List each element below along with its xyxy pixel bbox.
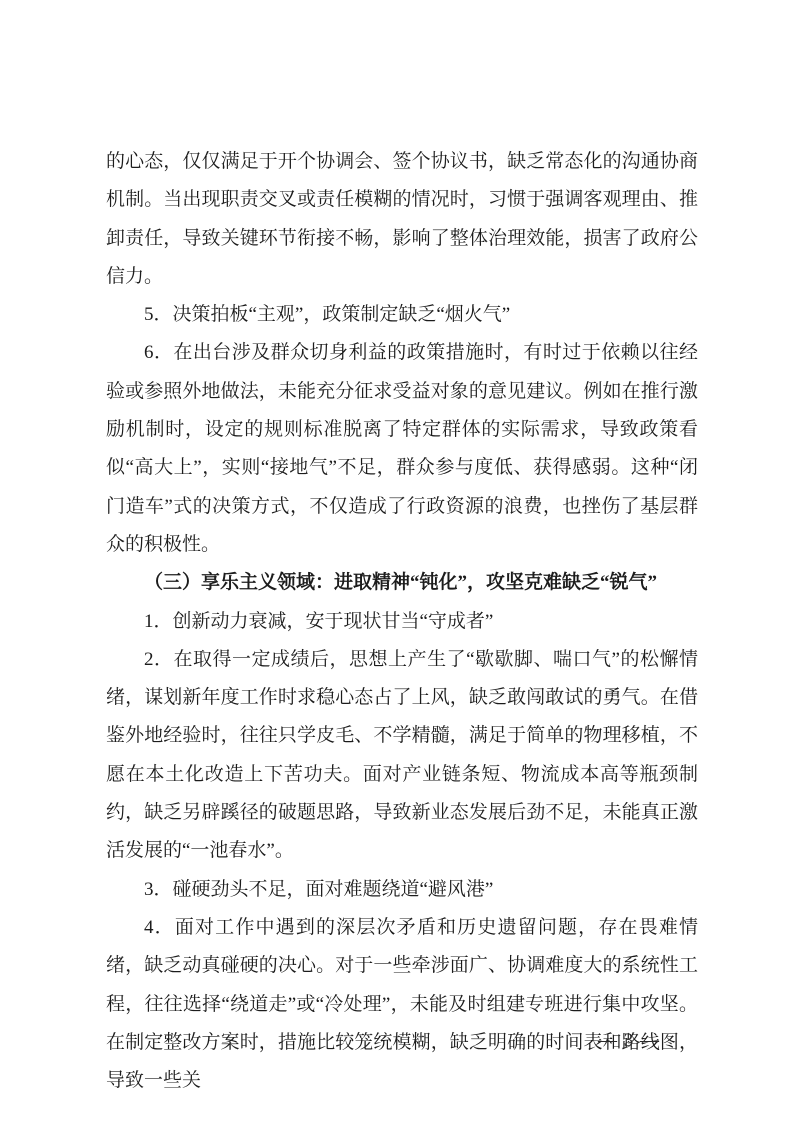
section-heading: （三）享乐主义领域：进取精神“钝化”，攻坚克难缺乏“锐气” bbox=[106, 564, 698, 602]
document-page: 的心态，仅仅满足于开个协调会、签个协议书，缺乏常态化的沟通协商机制。当出现职责交… bbox=[0, 0, 793, 1122]
paragraph: 的心态，仅仅满足于开个协调会、签个协议书，缺乏常态化的沟通协商机制。当出现职责交… bbox=[106, 143, 698, 296]
paragraph: 6．在出台涉及群众切身利益的政策措施时，有时过于依赖以往经验或参照外地做法，未能… bbox=[106, 334, 698, 564]
paragraph: 5．决策拍板“主观”，政策制定缺乏“烟火气” bbox=[106, 296, 698, 334]
paragraph: 2．在取得一定成绩后，思想上产生了“歇歇脚、喘口气”的松懈情绪，谋划新年度工作时… bbox=[106, 641, 698, 871]
paragraph: 1．创新动力衰减，安于现状甘当“守成者” bbox=[106, 603, 698, 641]
paragraph: 3．碰硬劲头不足，面对难题绕道“避风港” bbox=[106, 871, 698, 909]
page-number: — 3 — bbox=[598, 1030, 660, 1052]
paragraph: 4．面对工作中遇到的深层次矛盾和历史遗留问题，存在畏难情绪，缺乏动真碰硬的决心。… bbox=[106, 909, 698, 1100]
document-body: 的心态，仅仅满足于开个协调会、签个协议书，缺乏常态化的沟通协商机制。当出现职责交… bbox=[106, 143, 698, 1100]
